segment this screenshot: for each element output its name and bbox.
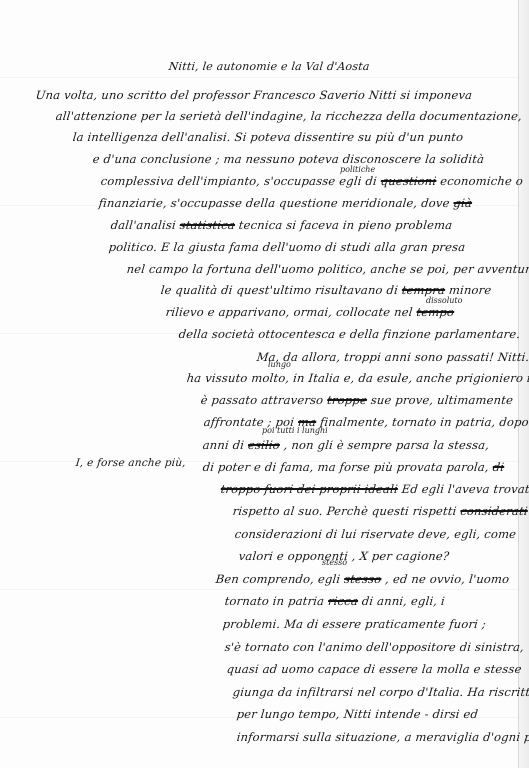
ruling-line	[0, 589, 518, 590]
manuscript-line: complessiva dell'impianto, s'occupasse e…	[100, 174, 524, 188]
manuscript-line: dall'analisi statistica tecnica si facev…	[110, 218, 453, 232]
struck-text: considerati	[460, 504, 529, 518]
interlinear-insertion: politiche	[340, 165, 375, 174]
manuscript-line: anni di esilio , non gli è sempre parsa …	[202, 438, 490, 452]
manuscript-line: politico. E la giusta fama dell'uomo di …	[108, 240, 466, 254]
manuscript-line: tornato in patria ricca di anni, egli, i	[224, 594, 446, 608]
manuscript-line: problemi. Ma di essere praticamente fuor…	[222, 617, 487, 631]
manuscript-line: giunga da infiltrarsi nel corpo d'Italia…	[232, 685, 529, 699]
manuscript-line: considerazioni di lui riservate deve, eg…	[234, 527, 517, 541]
manuscript-line: rilievo e apparivano, ormai, collocate n…	[165, 305, 455, 319]
line-text: anni di	[202, 438, 245, 452]
struck-text: tempra	[401, 283, 446, 297]
line-text: tecnica si faceva in pieno problema	[238, 218, 453, 232]
manuscript-line: informarsi sulla situazione, a meravigli…	[236, 730, 529, 744]
struck-text: esilio	[247, 438, 280, 452]
line-text: suo. Perchè questi rispetti	[298, 504, 458, 518]
manuscript-line: quasi ad uomo capace di essere la molla …	[226, 662, 522, 676]
line-text: è passato attraverso	[200, 393, 324, 407]
manuscript-line: ha vissuto molto, in Italia e, da esule,…	[186, 371, 529, 385]
struck-text: già	[453, 196, 473, 210]
interlinear-insertion: lungo	[268, 360, 291, 369]
manuscript-line: e d'una conclusione ; ma nessuno poteva …	[92, 152, 485, 166]
line-text: di poter e di fama, ma forse più provata…	[202, 460, 490, 474]
manuscript-line: della società ottocentesca e della finzi…	[178, 327, 521, 341]
struck-text: di	[492, 460, 505, 474]
manuscript-line: di poter e di fama, ma forse più provata…	[202, 460, 505, 474]
manuscript-line: finanziarie, s'occupasse della questione…	[98, 196, 473, 210]
line-text: rilievo e apparivano, ormai, collocate n…	[165, 305, 413, 319]
manuscript-line: Ben comprendo, egli stesso , ed ne ovvio…	[215, 572, 510, 586]
struck-text: tempo	[416, 305, 455, 319]
line-text: finalmente, tornato in patria, dopo	[319, 415, 529, 429]
manuscript-line: Una volta, uno scritto del professor Fra…	[35, 88, 473, 102]
line-text: Ed egli l'aveva trovata	[401, 482, 529, 496]
manuscript-line: s'è tornato con l'animo dell'oppositore …	[224, 640, 525, 654]
line-text: Ben comprendo, egli	[215, 572, 341, 586]
line-text: dall'analisi	[110, 218, 177, 232]
manuscript-line: all'attenzione per la serietà dell'indag…	[55, 109, 523, 123]
interlinear-insertion: stesso	[322, 558, 347, 567]
line-text: tornato in patria	[224, 594, 325, 608]
manuscript-line: rispetto al suo. Perchè questi rispetti …	[232, 504, 529, 518]
page-title: Nitti, le autonomie e la Val d'Aosta	[168, 60, 370, 73]
line-text: complessiva dell'impianto, s'occupasse e…	[100, 174, 378, 188]
line-text: finanziarie, s'occupasse della questione…	[98, 196, 450, 210]
manuscript-line: la intelligenza dell'analisi. Si poteva …	[72, 130, 464, 144]
line-text: economiche o	[440, 174, 524, 188]
manuscript-line: affrontate ; poi ma finalmente, tornato …	[203, 415, 529, 429]
struck-text: troppe	[326, 393, 367, 407]
line-text: rispetto al	[232, 504, 295, 518]
struck-text: troppo fuori dei proprii ideali	[220, 482, 399, 496]
interlinear-insertion: poi tutti i lunghi	[262, 426, 328, 435]
margin-note: I, e forse anche più,	[75, 457, 186, 469]
manuscript-line: Ma, da allora, troppi anni sono passati!…	[256, 350, 529, 364]
manuscript-line: per lungo tempo, Nitti intende - dirsi e…	[236, 707, 479, 721]
manuscript-line: è passato attraverso troppe sue prove, u…	[200, 393, 514, 407]
ruling-line	[0, 77, 518, 78]
manuscript-page: Nitti, le autonomie e la Val d'Aosta Una…	[0, 0, 529, 768]
line-text: , ed ne ovvio, l'uomo	[385, 572, 511, 586]
struck-text: ricca	[327, 594, 358, 608]
interlinear-insertion: dissoluto	[426, 296, 462, 305]
struck-text: questioni	[380, 174, 437, 188]
line-text: , non gli è sempre parsa la stessa,	[283, 438, 490, 452]
manuscript-line: nel campo la fortuna dell'uomo politico,…	[126, 262, 529, 276]
manuscript-line: troppo fuori dei proprii ideali Ed egli …	[220, 482, 529, 496]
manuscript-line: le qualità di quest'ultimo risultavano d…	[160, 283, 492, 297]
struck-text: stesso	[343, 572, 382, 586]
line-text: sue prove, ultimamente	[370, 393, 514, 407]
struck-text: statistica	[179, 218, 236, 232]
line-text: minore	[448, 283, 492, 297]
line-text: di anni, egli, i	[361, 594, 446, 608]
line-text: le qualità di quest'ultimo risultavano d…	[160, 283, 399, 297]
